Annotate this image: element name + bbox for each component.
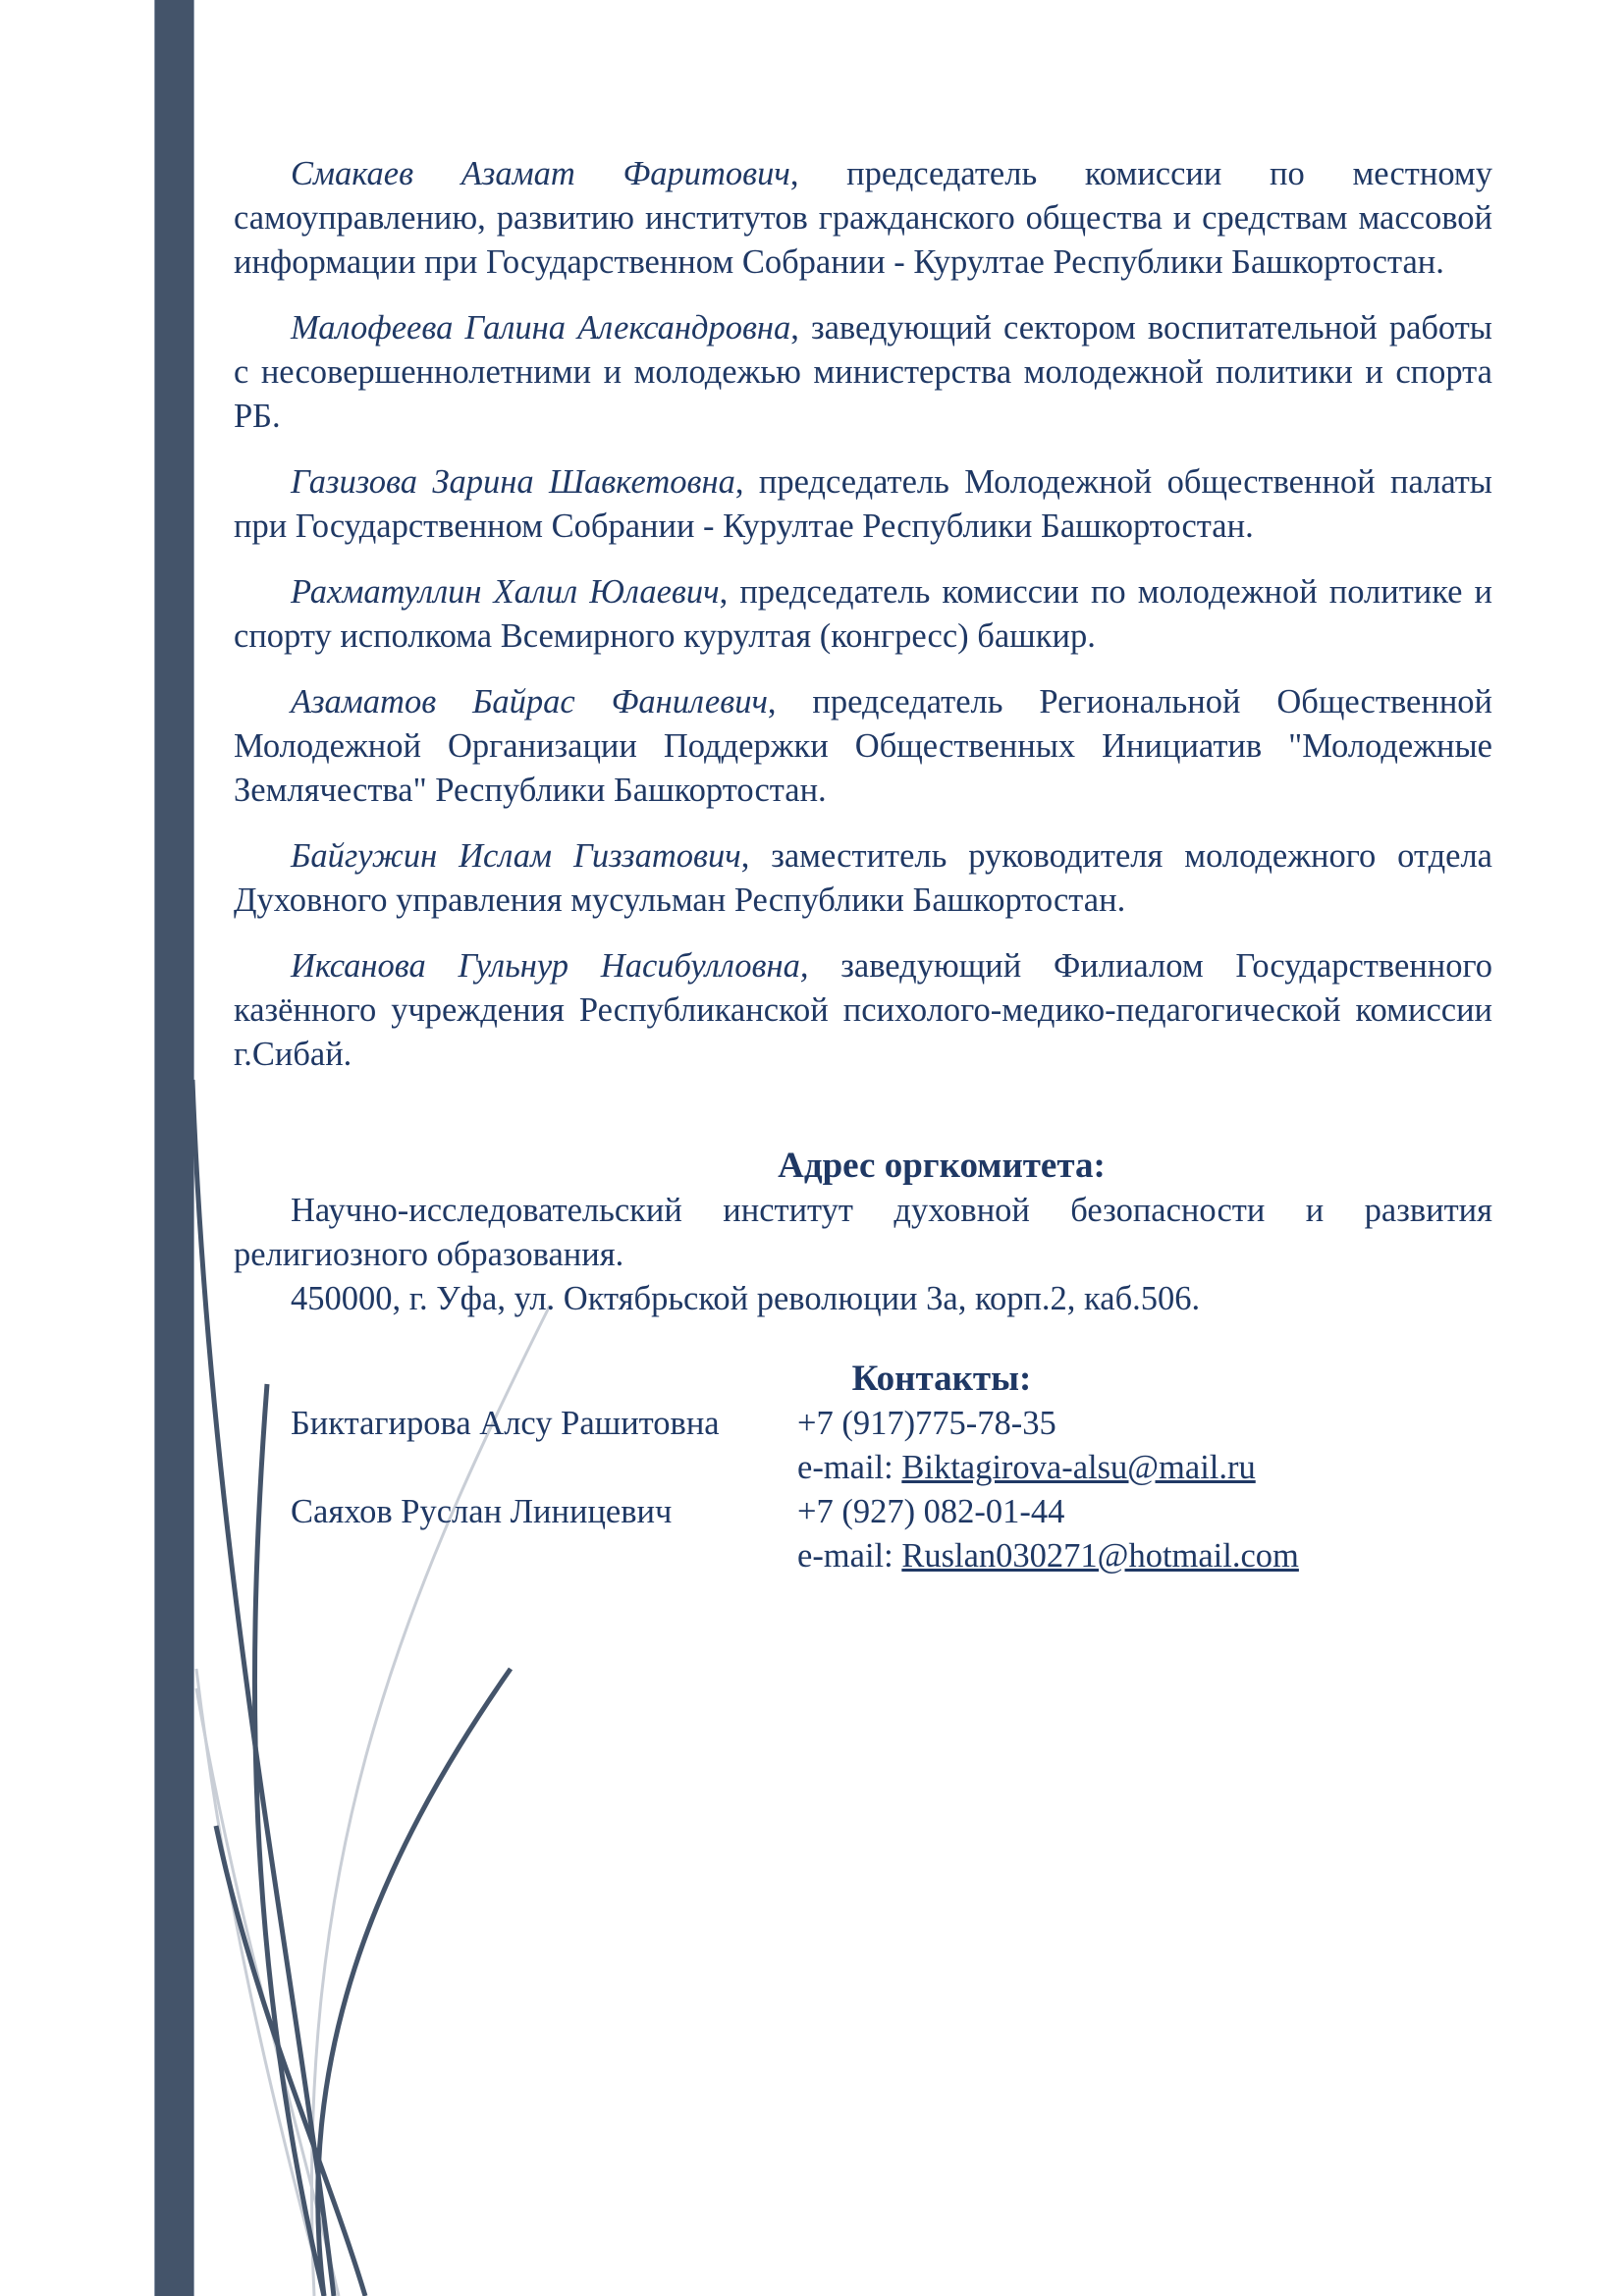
member-name: Рахматуллин Халил Юлаевич: [291, 573, 720, 611]
document-body: Смакаев Азамат Фаритович, председатель к…: [234, 152, 1492, 1578]
member-entry: Азаматов Байрас Фанилевич, председатель …: [234, 680, 1492, 813]
contact-name: Биктагирова Алсу Рашитовна: [291, 1402, 797, 1446]
contact-row: e-mail: Biktagirova-alsu@mail.ru: [234, 1446, 1492, 1490]
email-link[interactable]: Ruslan030271@hotmail.com: [901, 1537, 1299, 1575]
member-entry: Байгужин Ислам Гиззатович, заместитель р…: [234, 834, 1492, 923]
email-label: e-mail:: [797, 1537, 901, 1575]
member-entry: Смакаев Азамат Фаритович, председатель к…: [234, 152, 1492, 285]
email-label: e-mail:: [797, 1449, 901, 1486]
contacts-heading: Контакты:: [234, 1357, 1492, 1402]
contact-row: Саяхов Руслан Линицевич +7 (927) 082-01-…: [234, 1490, 1492, 1534]
member-name: Байгужин Ислам Гиззатович: [291, 837, 741, 875]
member-name: Смакаев Азамат Фаритович: [291, 155, 790, 192]
member-entry: Газизова Зарина Шавкетовна, председатель…: [234, 460, 1492, 549]
email-link[interactable]: Biktagirova-alsu@mail.ru: [901, 1449, 1255, 1486]
contact-name: Саяхов Руслан Линицевич: [291, 1490, 797, 1534]
decorative-sidebar-bar: [154, 0, 194, 2296]
member-name: Газизова Зарина Шавкетовна: [291, 463, 735, 501]
member-name: Малофеева Галина Александровна: [291, 309, 790, 347]
contact-row: e-mail: Ruslan030271@hotmail.com: [234, 1534, 1492, 1578]
member-name: Иксанова Гульнур Насибулловна,: [291, 947, 809, 985]
street-address: 450000, г. Уфа, ул. Октябрьской революци…: [234, 1277, 1492, 1321]
contact-row: Биктагирова Алсу Рашитовна +7 (917)775-7…: [234, 1402, 1492, 1446]
member-entry: Малофеева Галина Александровна, заведующ…: [234, 306, 1492, 439]
member-entry: Рахматуллин Халил Юлаевич, председатель …: [234, 570, 1492, 659]
address-heading: Адрес оргкомитета:: [234, 1144, 1492, 1189]
contact-email: e-mail: Biktagirova-alsu@mail.ru: [797, 1446, 1256, 1490]
institute-name: Научно-исследовательский институт духовн…: [234, 1189, 1492, 1277]
member-name: Азаматов Байрас Фанилевич: [291, 683, 768, 721]
contact-phone: +7 (927) 082-01-44: [797, 1490, 1064, 1534]
contact-phone: +7 (917)775-78-35: [797, 1402, 1056, 1446]
member-entry: Иксанова Гульнур Насибулловна, заведующи…: [234, 944, 1492, 1077]
contact-email: e-mail: Ruslan030271@hotmail.com: [797, 1534, 1299, 1578]
